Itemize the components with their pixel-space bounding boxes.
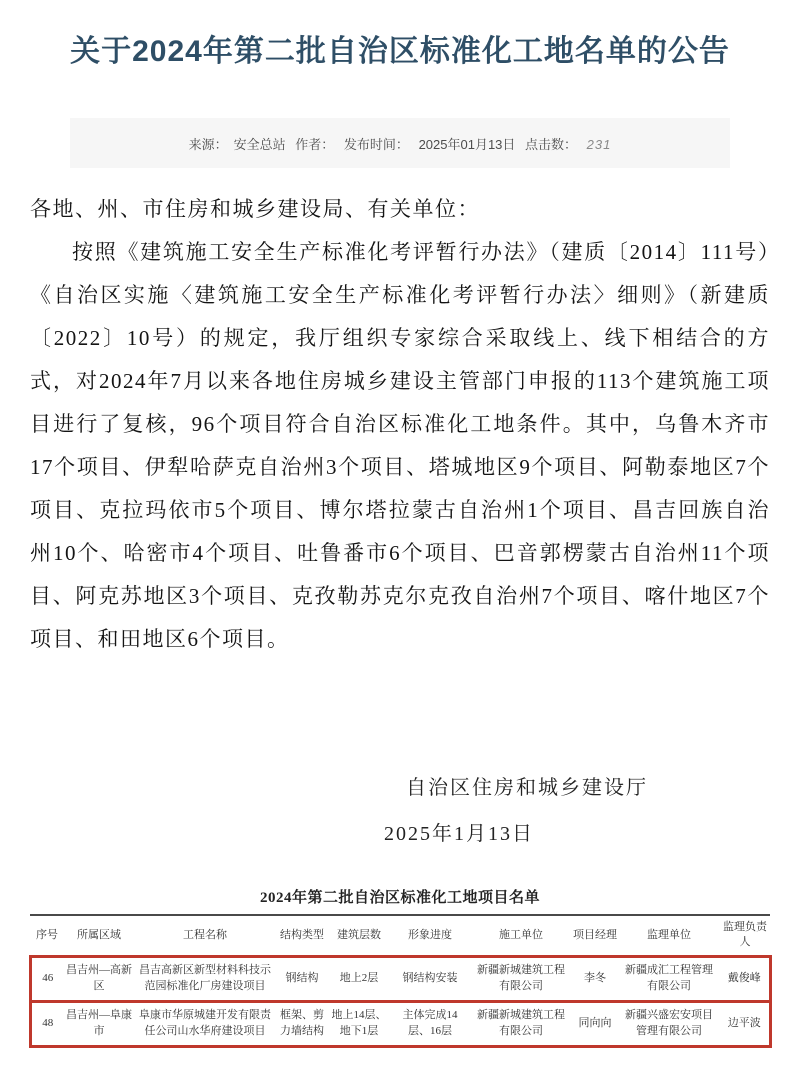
column-header-project-name: 工程名称: [134, 915, 276, 956]
column-header-floors: 建筑层数: [328, 915, 390, 956]
hits-value: 231: [587, 137, 612, 152]
cell-index: 48: [30, 1001, 64, 1046]
page-title: 关于2024年第二批自治区标准化工地名单的公告: [0, 0, 800, 70]
column-header-project-manager: 项目经理: [572, 915, 618, 956]
publish-time-value: 2025年01月13日: [419, 137, 516, 152]
publish-time-label: 发布时间：: [344, 137, 409, 152]
table-header-row: 序号 所属区域 工程名称 结构类型 建筑层数 形象进度 施工单位 项目经理 监理…: [30, 915, 770, 956]
salutation-line: 各地、州、市住房和城乡建设局、有关单位：: [30, 188, 770, 231]
article-meta-bar: 来源：安全总站 作者： 发布时间： 2025年01月13日 点击数： 231: [70, 118, 730, 168]
signature-block: 自治区住房和城乡建设厅 2025年1月13日: [0, 771, 800, 846]
cell-supervisor: 边平波: [720, 1001, 770, 1046]
cell-structure-type: 框架、剪力墙结构: [276, 1001, 328, 1046]
column-header-index: 序号: [30, 915, 64, 956]
column-header-contractor: 施工单位: [470, 915, 572, 956]
cell-region: 昌吉州—高新区: [64, 956, 134, 1001]
column-header-supervisor: 监理负责人: [720, 915, 770, 956]
cell-progress: 主体完成14层、16层: [390, 1001, 470, 1046]
table-title: 2024年第二批自治区标准化工地项目名单: [0, 886, 800, 907]
cell-supervisor: 戴俊峰: [720, 956, 770, 1001]
document-body: 各地、州、市住房和城乡建设局、有关单位： 按照《建筑施工安全生产标准化考评暂行办…: [30, 188, 770, 661]
cell-project-manager: 同向向: [572, 1001, 618, 1046]
source-value: 安全总站: [234, 137, 286, 152]
column-header-supervision-unit: 监理单位: [618, 915, 720, 956]
cell-project-manager: 李冬: [572, 956, 618, 1001]
cell-project-name: 昌吉高新区新型材料科技示范园标准化厂房建设项目: [134, 956, 276, 1001]
cell-supervision-unit: 新疆兴盛宏安项目管理有限公司: [618, 1001, 720, 1046]
cell-index: 46: [30, 956, 64, 1001]
cell-supervision-unit: 新疆成汇工程管理有限公司: [618, 956, 720, 1001]
announcement-document: 关于2024年第二批自治区标准化工地名单的公告 来源：安全总站 作者： 发布时间…: [0, 0, 800, 1073]
signature-date: 2025年1月13日: [384, 817, 800, 846]
cell-contractor: 新疆新城建筑工程有限公司: [470, 1001, 572, 1046]
cell-floors: 地上2层: [328, 956, 390, 1001]
column-header-region: 所属区域: [64, 915, 134, 956]
hits-label: 点击数：: [525, 137, 577, 152]
column-header-progress: 形象进度: [390, 915, 470, 956]
main-paragraph: 按照《建筑施工安全生产标准化考评暂行办法》（建质〔2014〕111号）《自治区实…: [30, 231, 770, 661]
cell-region: 昌吉州—阜康市: [64, 1001, 134, 1046]
cell-structure-type: 钢结构: [276, 956, 328, 1001]
author-label: 作者：: [295, 137, 334, 152]
table-row-46-highlighted: 46 昌吉州—高新区 昌吉高新区新型材料科技示范园标准化厂房建设项目 钢结构 地…: [30, 956, 770, 1001]
signature-organization: 自治区住房和城乡建设厅: [406, 771, 800, 800]
table-row-48-highlighted: 48 昌吉州—阜康市 阜康市华原城建开发有限责任公司山水华府建设项目 框架、剪力…: [30, 1001, 770, 1046]
cell-project-name: 阜康市华原城建开发有限责任公司山水华府建设项目: [134, 1001, 276, 1046]
cell-progress: 钢结构安装: [390, 956, 470, 1001]
cell-contractor: 新疆新城建筑工程有限公司: [470, 956, 572, 1001]
column-header-structure-type: 结构类型: [276, 915, 328, 956]
project-list-table: 序号 所属区域 工程名称 结构类型 建筑层数 形象进度 施工单位 项目经理 监理…: [29, 914, 772, 1048]
cell-floors: 地上14层、地下1层: [328, 1001, 390, 1046]
source-label: 来源：: [189, 137, 228, 152]
